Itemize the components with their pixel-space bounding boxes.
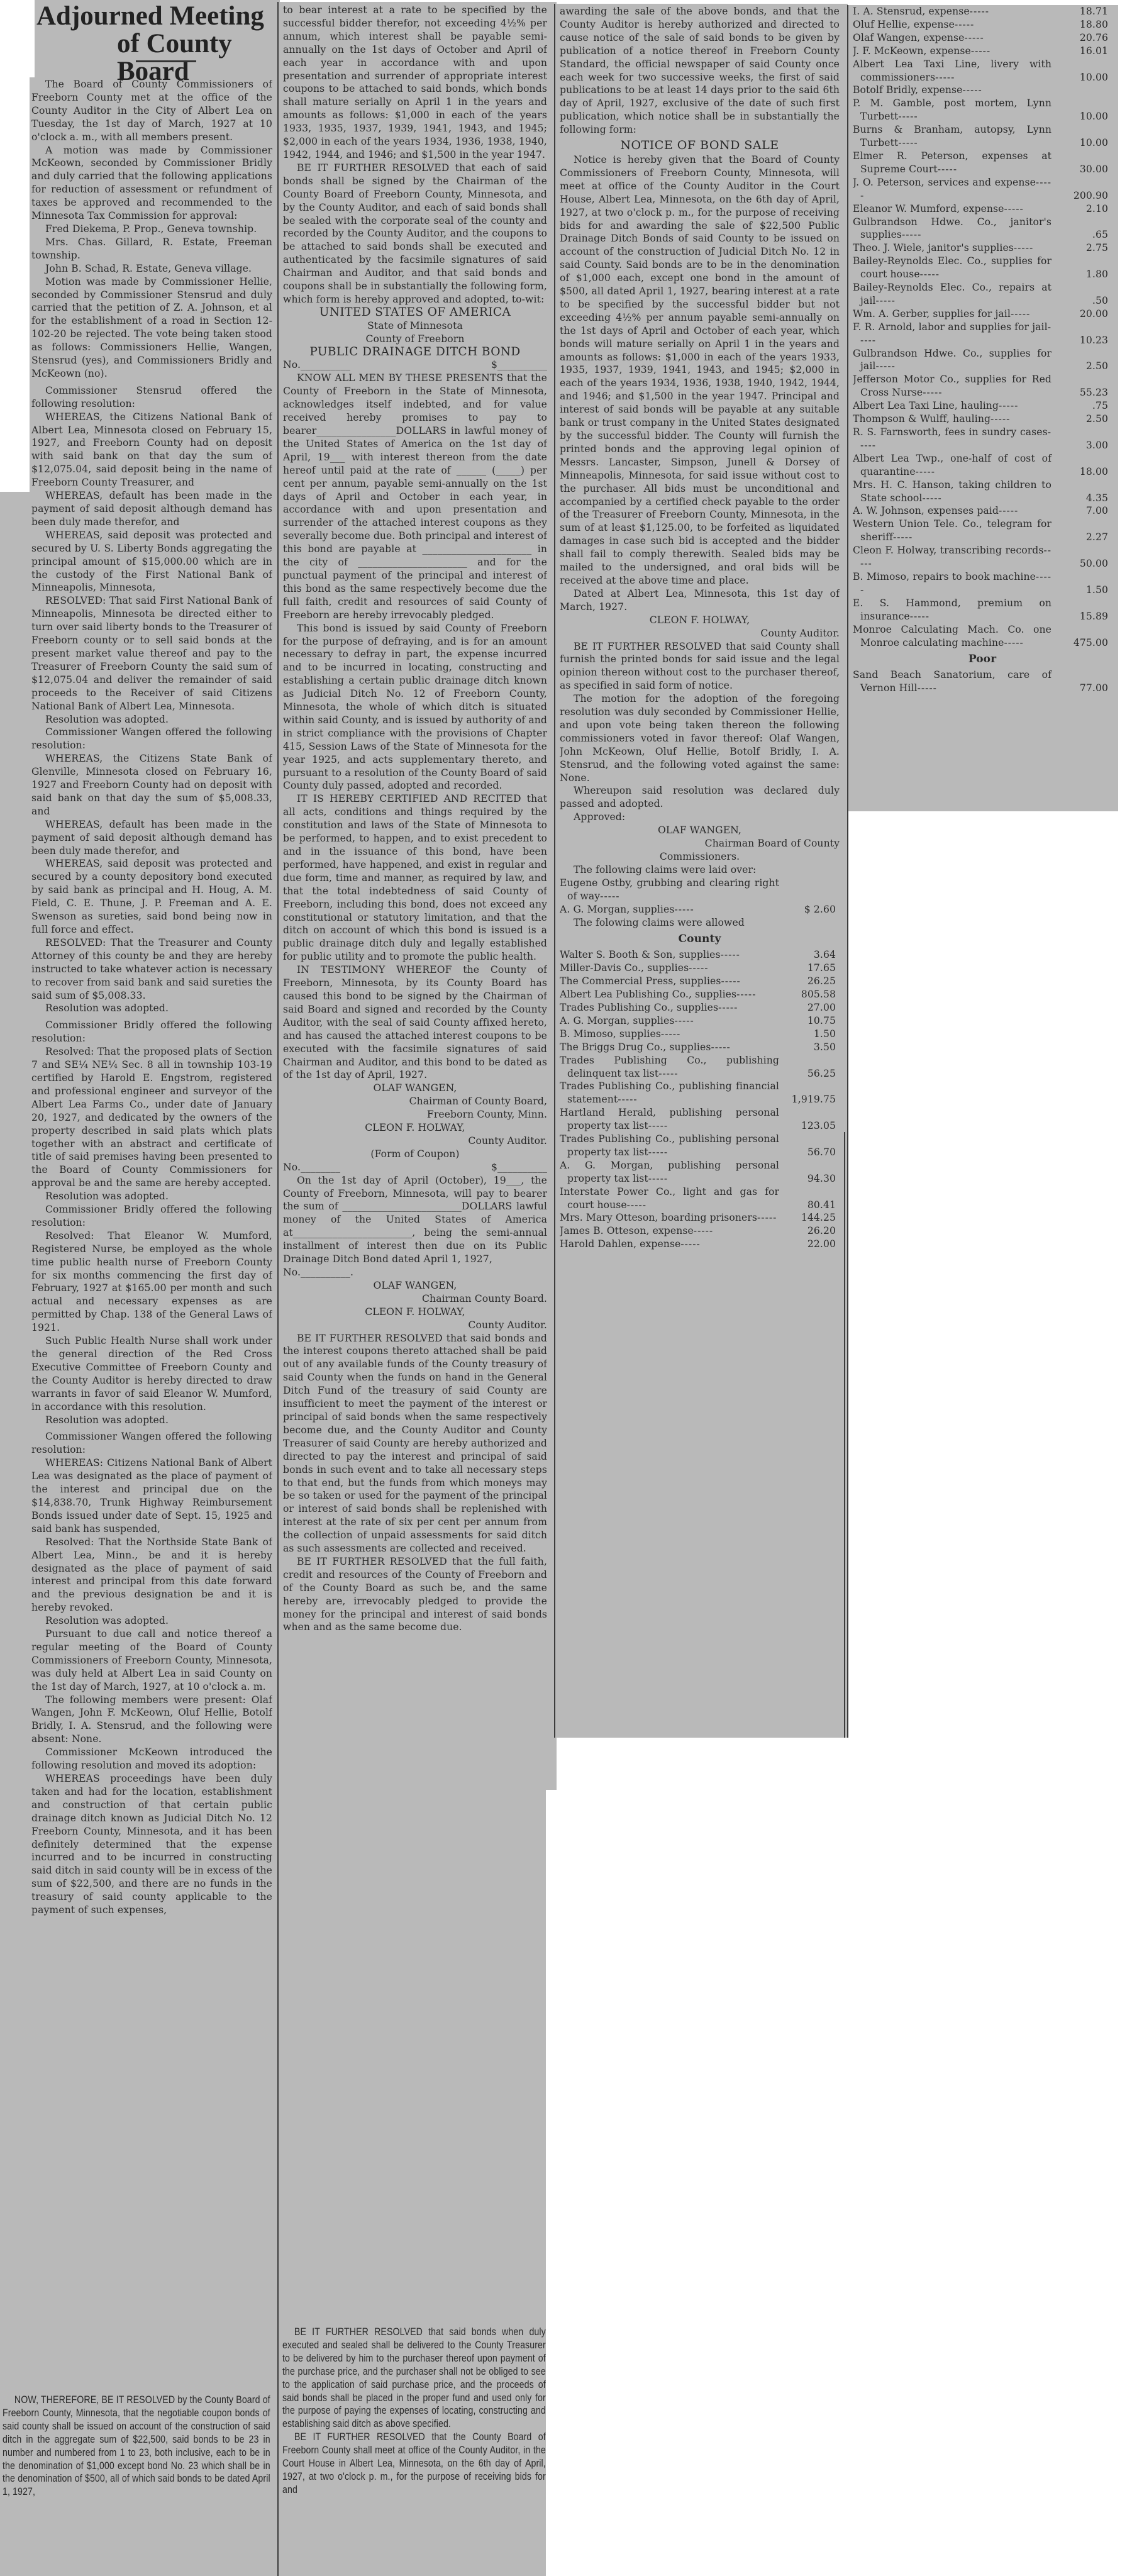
claim-amount: 2.75 (1052, 241, 1112, 255)
dot-leader: ----- (876, 295, 896, 306)
claim-amount: 26.20 (779, 1224, 840, 1238)
claim-amount (779, 877, 840, 903)
headline-line-1: Adjourned Meeting (36, 3, 275, 30)
column-rule-2 (554, 4, 555, 1738)
signature-title: County Auditor. (560, 627, 840, 640)
claim-description: Theo. J. Wiele, janitor's supplies (853, 242, 1014, 253)
paragraph: Mrs. Chas. Gillard, R. Estate, Freeman t… (31, 236, 272, 262)
dot-leader: ----- (916, 466, 935, 477)
paragraph: Approved: (560, 811, 840, 824)
dot-leader: ----- (999, 400, 1018, 411)
claim-row: Interstate Power Co., light and gas for … (560, 1185, 840, 1212)
dot-leader: ----- (1004, 203, 1023, 214)
paragraph: WHEREAS, said deposit was protected and … (31, 529, 272, 595)
paragraph: Commissioner McKeown introduced the foll… (31, 1746, 272, 1772)
paragraph: This bond is issued by said County of Fr… (283, 622, 547, 793)
dot-leader: ----- (648, 1146, 668, 1158)
paragraph: WHEREAS, said deposit was protected and … (31, 857, 272, 936)
claim-description: J. F. McKeown, expense (853, 45, 971, 57)
claim-row: J. O. Peterson, services and expense----… (853, 176, 1112, 203)
claims-laid-over-intro: The following claims were laid over: (560, 863, 840, 877)
claim-amount: 3.00 (1052, 426, 1112, 452)
claim-description: Eleanor W. Mumford, expense (853, 203, 1004, 214)
dot-leader: ----- (935, 72, 955, 83)
coupon-form-title: (Form of Coupon) (283, 1148, 547, 1161)
dot-leader: ----- (920, 269, 940, 280)
claim-amount: 1.80 (1052, 255, 1112, 281)
claim-row: Eugene Ostby, grubbing and clearing righ… (560, 877, 840, 903)
poor-claims-table: Sand Beach Sanatorium, care of Vernon Hi… (853, 669, 1112, 695)
claim-description: Bailey-Reynolds Elec. Co., supplies for … (853, 255, 1052, 280)
claim-description: The Briggs Drug Co., supplies (560, 1041, 711, 1053)
claim-description: Interstate Power Co., light and gas for … (560, 1186, 779, 1211)
dot-leader: ----- (991, 413, 1010, 425)
claim-row: P. M. Gamble, post mortem, Lynn Turbett-… (853, 97, 1112, 123)
claim-amount: 1.50 (779, 1028, 840, 1041)
paragraph: Resolution was adopted. (31, 713, 272, 726)
column-rule-3 (847, 5, 848, 1738)
signature-title: Chairman of County Board, (283, 1095, 547, 1108)
signature-title: Commissioners. (560, 850, 840, 863)
coupon-amount-field: $__________ (491, 1161, 547, 1174)
paragraph: The motion for the adoption of the foreg… (560, 692, 840, 784)
paragraph: IN TESTIMONY WHEREOF the County of Freeb… (283, 963, 547, 1082)
paragraph: Resolved: That the proposed plats of Sec… (31, 1045, 272, 1190)
claim-description: Mrs. H. C. Hanson, taking children to St… (853, 479, 1052, 504)
bond-number-line: No.__________$__________ (283, 358, 547, 372)
dot-leader: ----- (721, 949, 740, 960)
dot-leader: ----- (648, 1120, 668, 1131)
paragraph: to bear interest at a rate to be specifi… (283, 4, 547, 162)
claim-amount: 1.50 (1052, 570, 1112, 597)
claim-amount: 2.50 (1052, 347, 1112, 374)
bond-header-state: State of Minnesota (283, 319, 547, 333)
claim-description: Trades Publishing Co., publishing financ… (560, 1080, 779, 1105)
claim-amount: 2.10 (1052, 203, 1112, 216)
claim-description: Wm. A. Gerber, supplies for jail (853, 308, 1011, 319)
claim-row: A. G. Morgan, publishing personal proper… (560, 1159, 840, 1185)
claim-row: R. S. Farnsworth, fees in sundry cases--… (853, 426, 1112, 452)
claim-row: The Briggs Drug Co., supplies-----3.50 (560, 1041, 840, 1054)
claim-amount: 94.30 (779, 1159, 840, 1185)
claim-amount: 55.23 (1052, 373, 1112, 399)
claim-amount: .65 (1052, 216, 1112, 242)
signature-name: CLEON F. HOLWAY, (560, 614, 840, 627)
paragraph: Commissioner Wangen offered the followin… (31, 1430, 272, 1457)
paragraph: A motion was made by Commissioner McKeow… (31, 144, 272, 223)
claim-amount: 17.65 (779, 962, 840, 975)
dot-leader: ----- (971, 45, 991, 57)
claim-row: Monroe Calculating Mach. Co. one Monroe … (853, 623, 1112, 650)
paragraph: BE IT FURTHER RESOLVED that each of said… (283, 162, 547, 306)
paragraph: John B. Schad, R. Estate, Geneva village… (31, 262, 272, 275)
notice-title: NOTICE OF BOND SALE (560, 139, 840, 152)
dot-leader: ----- (922, 492, 941, 504)
claim-description: Hartland Herald, publishing personal pro… (560, 1107, 779, 1131)
claim-amount: 50.00 (1052, 544, 1112, 570)
claim-amount: .50 (1052, 281, 1112, 308)
paragraph: WHEREAS, the Citizens National Bank of A… (31, 411, 272, 489)
claim-amount: 15.89 (1052, 597, 1112, 623)
paragraph: WHEREAS: Citizens National Bank of Alber… (31, 1457, 272, 1535)
claim-row: Jefferson Motor Co., supplies for Red Cr… (853, 373, 1112, 399)
claim-description: Trades Publishing Co., supplies (560, 1002, 718, 1013)
claim-row: Elmer R. Peterson, expenses at Supreme C… (853, 150, 1112, 176)
claim-amount: $ 2.60 (779, 903, 840, 916)
dot-leader: ----- (918, 682, 937, 694)
column-rule-3b (844, 1132, 845, 1738)
paragraph: BE IT FURTHER RESOLVED that said bonds a… (283, 1332, 547, 1555)
claim-description: Miller-Davis Co., supplies (560, 962, 689, 974)
claim-description: E. S. Hammond, premium on insurance (853, 597, 1052, 622)
paragraph: BE IT FURTHER RESOLVED that said County … (560, 640, 840, 693)
claim-row: I. A. Stensrud, expense-----18.71 (853, 5, 1112, 18)
dot-leader: ----- (898, 111, 918, 122)
paragraph: BE IT FURTHER RESOLVED that the County B… (282, 2431, 546, 2497)
dot-leader: ----- (964, 32, 984, 43)
paragraph: NOW, THEREFORE, BE IT RESOLVED by the Co… (3, 2394, 270, 2499)
county-heading: County (560, 933, 840, 946)
dot-leader: ----- (970, 6, 989, 17)
claim-amount: 475.00 (1052, 623, 1112, 650)
claim-amount: 200.90 (1052, 176, 1112, 203)
claim-amount: .75 (1052, 399, 1112, 413)
claim-amount: 26.25 (779, 975, 840, 988)
claim-row: Burns & Branham, autopsy, Lynn Turbett--… (853, 123, 1112, 150)
dot-leader: ----- (627, 1199, 646, 1211)
claim-row: The Commercial Press, supplies-----26.25 (560, 975, 840, 988)
claim-row: Hartland Herald, publishing personal pro… (560, 1106, 840, 1133)
paragraph: Fred Diekema, P. Prop., Geneva township. (31, 223, 272, 236)
dot-leader: ----- (893, 531, 913, 543)
claim-row: Thompson & Wulff, hauling-----2.50 (853, 413, 1112, 426)
claim-amount: 22.00 (779, 1238, 840, 1251)
dot-leader: ----- (680, 1238, 700, 1250)
dot-leader: ----- (910, 611, 929, 622)
claim-description: A. G. Morgan, supplies (560, 1015, 674, 1026)
claim-row: F. R. Arnold, labor and supplies for jai… (853, 321, 1112, 347)
claim-row: A. W. Johnson, expenses paid-----7.00 (853, 504, 1112, 518)
paragraph: Dated at Albert Lea, Minnesota, this 1st… (560, 587, 840, 614)
county-claims-continued-table: I. A. Stensrud, expense-----18.71Oluf He… (853, 5, 1112, 649)
claim-description: Harold Dahlen, expense (560, 1238, 680, 1250)
claim-row: B. Mimoso, repairs to book machine-----1… (853, 570, 1112, 597)
claim-description: Thompson & Wulff, hauling (853, 413, 991, 425)
claim-amount: 3.64 (779, 948, 840, 962)
dot-leader: ----- (721, 975, 740, 987)
claim-description: B. Mimoso, supplies (560, 1028, 661, 1040)
paragraph: Motion was made by Commissioner Hellie, … (31, 275, 272, 380)
claim-description: P. M. Gamble, post mortem, Lynn Turbett (853, 97, 1052, 122)
claim-amount: 10.75 (779, 1014, 840, 1028)
claim-description: A. G. Morgan, supplies (560, 904, 674, 915)
claims-allowed-intro: The folowing claims were allowed (560, 916, 840, 930)
headline-rule (136, 60, 196, 62)
paragraph: Resolution was adopted. (31, 1002, 272, 1015)
paragraph: Notice is hereby given that the Board of… (560, 153, 840, 587)
paragraph: Resolution was adopted. (31, 1190, 272, 1203)
dot-leader: ----- (694, 1225, 713, 1236)
bond-title: PUBLIC DRAINAGE DITCH BOND (283, 346, 547, 359)
claim-amount: 80.41 (779, 1185, 840, 1212)
claim-amount: 10.00 (1052, 97, 1112, 123)
claim-description: B. Mimoso, repairs to book machine (853, 571, 1036, 582)
claim-row: Albert Lea Taxi Line, livery with commis… (853, 58, 1112, 84)
paragraph: Whereupon said resolution was declared d… (560, 784, 840, 811)
claim-description: The Commercial Press, supplies (560, 975, 721, 987)
claim-description: Cleon F. Holway, transcribing records (853, 545, 1043, 556)
dot-leader: ----- (689, 962, 708, 974)
claim-row: Albert Lea Twp., one-half of cost of qua… (853, 452, 1112, 479)
claim-amount: 56.25 (779, 1054, 840, 1080)
coupon-number-field: No.________ (283, 1161, 340, 1174)
paragraph: Resolution was adopted. (31, 1614, 272, 1628)
signature-name: OLAF WANGEN, (283, 1082, 547, 1095)
coupon-number-tail: No.__________. (283, 1266, 547, 1279)
claim-description: A. G. Morgan, publishing personal proper… (560, 1160, 779, 1184)
dot-leader: ----- (658, 1068, 678, 1079)
laid-over-claims-table: Eugene Ostby, grubbing and clearing righ… (560, 877, 840, 916)
claim-row: B. Mimoso, supplies-----1.50 (560, 1028, 840, 1041)
claim-row: Olaf Wangen, expense-----20.76 (853, 31, 1112, 45)
claim-description: A. W. Johnson, expenses paid (853, 505, 999, 516)
claim-row: Mrs. H. C. Hanson, taking children to St… (853, 479, 1112, 505)
claim-row: A. G. Morgan, supplies-----$ 2.60 (560, 903, 840, 916)
claim-row: James B. Otteson, expense-----26.20 (560, 1224, 840, 1238)
claim-amount: 30.00 (1052, 150, 1112, 176)
claim-row: E. S. Hammond, premium on insurance-----… (853, 597, 1112, 623)
claim-row: Cleon F. Holway, transcribing records---… (853, 544, 1112, 570)
paragraph: Such Public Health Nurse shall work unde… (31, 1335, 272, 1413)
paragraph: Commissioner Bridly offered the followin… (31, 1019, 272, 1045)
paragraph: awarding the sale of the above bonds, an… (560, 5, 840, 136)
claim-description: Trades Publishing Co., publishing person… (560, 1133, 779, 1158)
claim-description: Burns & Branham, autopsy, Lynn Turbett (853, 124, 1052, 148)
coupon-number-line: No.________$__________ (283, 1161, 547, 1174)
claim-amount: 27.00 (779, 1001, 840, 1014)
dot-leader: ----- (757, 1212, 777, 1223)
claim-row: Wm. A. Gerber, supplies for jail-----20.… (853, 308, 1112, 321)
claim-amount: 7.00 (1052, 504, 1112, 518)
paragraph: WHEREAS proceedings have been duly taken… (31, 1772, 272, 1917)
claim-row: Gulbrandson Hdwe. Co., janitor's supplie… (853, 216, 1112, 242)
column-rule-1 (277, 2, 279, 2576)
claim-amount: 77.00 (1052, 669, 1112, 695)
claim-description: James B. Otteson, expense (560, 1225, 694, 1236)
claim-description: Albert Lea Taxi Line, hauling (853, 400, 999, 411)
claim-row: A. G. Morgan, supplies-----10.75 (560, 1014, 840, 1028)
paragraph: BE IT FURTHER RESOLVED that said bonds w… (282, 2326, 546, 2431)
column-2-condensed: BE IT FURTHER RESOLVED that said bonds w… (282, 2326, 546, 2576)
signature-title: Chairman County Board. (283, 1292, 547, 1306)
dot-leader: ----- (898, 137, 918, 148)
claim-amount (1052, 84, 1112, 97)
signature-name: OLAF WANGEN, (283, 1279, 547, 1292)
dot-leader: ----- (648, 1173, 668, 1184)
signature-title: Freeborn County, Minn. (283, 1108, 547, 1121)
paragraph: KNOW ALL MEN BY THESE PRESENTS that the … (283, 372, 547, 621)
paragraph: RESOLVED: That the Treasurer and County … (31, 936, 272, 1002)
claim-description: Albert Lea Twp., one-half of cost of qua… (853, 453, 1052, 477)
paragraph: Commissioner Bridly offered the followin… (31, 1203, 272, 1230)
column-3: awarding the sale of the above bonds, an… (560, 5, 840, 1738)
claim-amount: 10.23 (1052, 321, 1112, 347)
paragraph: WHEREAS, default has been made in the pa… (31, 818, 272, 858)
paragraph: The following members were present: Olaf… (31, 1694, 272, 1746)
signature-name: CLEON F. HOLWAY, (283, 1121, 547, 1135)
claim-amount: 18.80 (1052, 18, 1112, 31)
paragraph: WHEREAS, default has been made in the pa… (31, 489, 272, 529)
claim-description: R. S. Farnsworth, fees in sundry cases (853, 426, 1048, 438)
dot-leader: ----- (955, 19, 974, 30)
paragraph: IT IS HEREBY CERTIFIED AND RECITED that … (283, 792, 547, 963)
claim-description: Jefferson Motor Co., supplies for Red Cr… (853, 374, 1052, 398)
dot-leader: ----- (736, 989, 756, 1000)
dot-leader: ----- (600, 891, 619, 902)
coupon-text: On the 1st day of April (October), 19___… (283, 1174, 547, 1266)
signature-title: County Auditor. (283, 1319, 547, 1332)
dot-leader: ----- (999, 505, 1018, 516)
claim-description: Albert Lea Publishing Co., supplies (560, 989, 736, 1000)
dot-leader: ----- (711, 1041, 730, 1053)
claim-description: Walter S. Booth & Son, supplies (560, 949, 721, 960)
claim-amount: 56.70 (779, 1133, 840, 1159)
claim-amount: 2.50 (1052, 413, 1112, 426)
signature-title: County Auditor. (283, 1135, 547, 1148)
dot-leader: ----- (1011, 308, 1030, 319)
claim-description: J. O. Peterson, services and expense (853, 177, 1036, 188)
column-1: The Board of County Commissioners of Fre… (31, 78, 272, 2336)
claim-description: Mrs. Mary Otteson, boarding prisoners (560, 1212, 757, 1223)
claim-description: Botolf Bridly, expense (853, 84, 962, 96)
claim-row: Western Union Tele. Co., telegram for sh… (853, 518, 1112, 544)
claim-row: Bailey-Reynolds Elec. Co., supplies for … (853, 255, 1112, 281)
dot-leader: ----- (902, 229, 921, 240)
claim-description: I. A. Stensrud, expense (853, 6, 970, 17)
paragraph: BE IT FURTHER RESOLVED that the full fai… (283, 1555, 547, 1634)
claim-row: Mrs. Mary Otteson, boarding prisoners---… (560, 1211, 840, 1224)
claim-amount: 20.00 (1052, 308, 1112, 321)
claim-amount: 123.05 (779, 1106, 840, 1133)
dot-leader: ----- (718, 1002, 738, 1013)
signature-title: Chairman Board of County (560, 837, 840, 850)
column-1-condensed: NOW, THEREFORE, BE IT RESOLVED by the Co… (3, 2394, 270, 2576)
dot-leader: ----- (938, 164, 957, 175)
claim-amount: 4.35 (1052, 479, 1112, 505)
claim-amount: 10.00 (1052, 123, 1112, 150)
claim-row: Miller-Davis Co., supplies-----17.65 (560, 962, 840, 975)
paragraph: Commissioner Wangen offered the followin… (31, 726, 272, 752)
claim-row: Theo. J. Wiele, janitor's supplies-----2… (853, 241, 1112, 255)
dot-leader: ----- (674, 1015, 694, 1026)
dot-leader: ----- (661, 1028, 680, 1040)
claim-row: Trades Publishing Co., publishing financ… (560, 1080, 840, 1106)
dot-leader: ----- (1004, 637, 1023, 648)
bond-amount-field: $__________ (491, 358, 547, 372)
claim-row: J. F. McKeown, expense-----16.01 (853, 45, 1112, 58)
claim-row: Eleanor W. Mumford, expense-----2.10 (853, 203, 1112, 216)
paragraph: Resolved: That Eleanor W. Mumford, Regis… (31, 1230, 272, 1335)
claim-row: Gulbrandson Hdwe. Co., supplies for jail… (853, 347, 1112, 374)
bond-number-field: No.__________ (283, 358, 350, 372)
poor-heading: Poor (853, 653, 1112, 666)
dot-leader: ----- (923, 387, 942, 398)
claim-row: Trades Publishing Co., publishing person… (560, 1133, 840, 1159)
claim-amount: 1,919.75 (779, 1080, 840, 1106)
claim-amount: 805.58 (779, 988, 840, 1001)
column-4: I. A. Stensrud, expense-----18.71Oluf He… (853, 5, 1112, 811)
paragraph: Resolved: That the Northside State Bank … (31, 1536, 272, 1614)
claim-row: Botolf Bridly, expense----- (853, 84, 1112, 97)
headline-line-2: of County Board (36, 30, 275, 86)
claim-description: Western Union Tele. Co., telegram for sh… (853, 518, 1052, 543)
claim-row: Bailey-Reynolds Elec. Co., repairs at ja… (853, 281, 1112, 308)
claim-amount: 16.01 (1052, 45, 1112, 58)
claim-amount: 18.00 (1052, 452, 1112, 479)
claim-row: Sand Beach Sanatorium, care of Vernon Hi… (853, 669, 1112, 695)
claim-description: Sand Beach Sanatorium, care of Vernon Hi… (853, 669, 1052, 694)
paragraph: Pursuant to due call and notice thereof … (31, 1628, 272, 1694)
dot-leader: ----- (1014, 242, 1033, 253)
dot-leader: ----- (876, 360, 896, 372)
claim-description: Gulbrandson Hdwe. Co., janitor's supplie… (853, 216, 1052, 241)
signature-name: CLEON F. HOLWAY, (283, 1306, 547, 1319)
county-claims-table: Walter S. Booth & Son, supplies-----3.64… (560, 948, 840, 1251)
claim-row: Trades Publishing Co., publishing delinq… (560, 1054, 840, 1080)
paragraph: RESOLVED: That said First National Bank … (31, 594, 272, 713)
column-2: to bear interest at a rate to be specifi… (283, 4, 547, 2324)
paragraph: WHEREAS, the Citizens State Bank of Glen… (31, 752, 272, 818)
claim-amount: 20.76 (1052, 31, 1112, 45)
paragraph: The Board of County Commissioners of Fre… (31, 78, 272, 144)
claim-row: Albert Lea Publishing Co., supplies-----… (560, 988, 840, 1001)
bond-header-county: County of Freeborn (283, 333, 547, 346)
bond-header-country: UNITED STATES OF AMERICA (283, 306, 547, 319)
claim-row: Albert Lea Taxi Line, hauling-----.75 (853, 399, 1112, 413)
claim-amount: 18.71 (1052, 5, 1112, 18)
claim-amount: 3.50 (779, 1041, 840, 1054)
claim-row: Harold Dahlen, expense-----22.00 (560, 1238, 840, 1251)
article-headline: Adjourned Meeting of County Board (36, 3, 275, 86)
claim-row: Walter S. Booth & Son, supplies-----3.64 (560, 948, 840, 962)
dot-leader: ----- (618, 1094, 637, 1105)
claim-amount: 10.00 (1052, 58, 1112, 84)
paragraph: Commissioner Stensrud offered the follow… (31, 384, 272, 411)
claim-description: Olaf Wangen, expense (853, 32, 964, 43)
claim-amount: 2.27 (1052, 518, 1112, 544)
claim-description: Oluf Hellie, expense (853, 19, 955, 30)
claim-amount: 144.25 (779, 1211, 840, 1224)
claim-row: Trades Publishing Co., supplies-----27.0… (560, 1001, 840, 1014)
paragraph: Resolution was adopted. (31, 1414, 272, 1427)
signature-name: OLAF WANGEN, (560, 824, 840, 837)
claim-description: F. R. Arnold, labor and supplies for jai… (853, 321, 1048, 333)
claim-description: Eugene Ostby, grubbing and clearing righ… (560, 877, 779, 902)
dot-leader: ----- (674, 904, 694, 915)
claim-row: Oluf Hellie, expense-----18.80 (853, 18, 1112, 31)
dot-leader: ----- (962, 84, 982, 96)
